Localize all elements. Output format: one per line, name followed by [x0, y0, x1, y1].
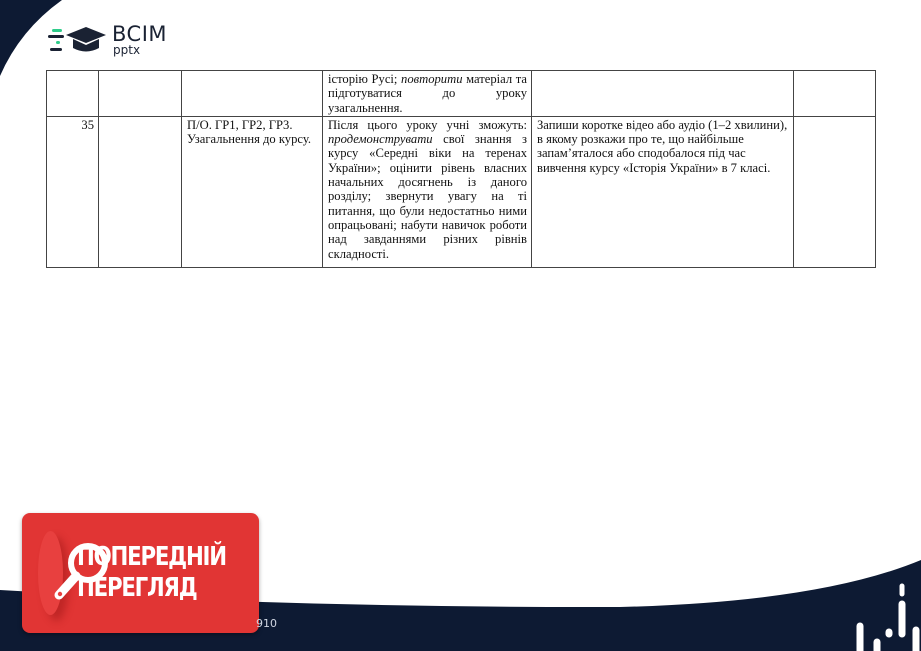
homework-cell — [532, 71, 794, 117]
notes-cell — [794, 71, 876, 117]
outcome-text: Після цього уроку учні зможуть: — [328, 118, 527, 132]
outcomes-cell: Після цього уроку учні зможуть: продемон… — [323, 116, 532, 267]
outcome-text: історію Русі; — [328, 72, 401, 86]
equalizer-bars-icon — [848, 582, 921, 651]
preview-label-line2: ПЕРЕГЛЯД — [77, 573, 226, 604]
table-row: 35 П/О. ГР1, ГР2, ГР3. Узагальнення до к… — [47, 116, 876, 267]
date-cell — [99, 116, 182, 267]
logo-title: BCIM — [112, 24, 167, 45]
graduation-cap-icon — [46, 24, 108, 56]
preview-label-line1: ПОПЕРЕДНІЙ — [77, 542, 226, 573]
magnifier-circle — [38, 531, 63, 615]
topic-cell — [182, 71, 323, 117]
lesson-number-cell: 35 — [47, 116, 99, 267]
preview-label: ПОПЕРЕДНІЙ ПЕРЕГЛЯД — [77, 542, 226, 604]
page-code: 910 — [256, 617, 277, 630]
outcomes-cell: історію Русі; повторити матеріал та підг… — [323, 71, 532, 117]
homework-cell: Запиши коротке відео або аудіо (1–2 хвил… — [532, 116, 794, 267]
preview-badge[interactable]: ПОПЕРЕДНІЙ ПЕРЕГЛЯД — [22, 513, 259, 633]
date-cell — [99, 71, 182, 117]
emphasized-verb: повторити — [401, 72, 462, 86]
outcome-text: свої знання з курсу «Середні віки на тер… — [328, 132, 527, 260]
topic-cell: П/О. ГР1, ГР2, ГР3. Узагальнення до курс… — [182, 116, 323, 267]
emphasized-verb: продемонструвати — [328, 132, 433, 146]
table-row: історію Русі; повторити матеріал та підг… — [47, 71, 876, 117]
brand-logo: BCIM pptx — [46, 24, 167, 56]
lesson-number-cell — [47, 71, 99, 117]
lesson-plan-table: історію Русі; повторити матеріал та підг… — [46, 70, 876, 268]
notes-cell — [794, 116, 876, 267]
